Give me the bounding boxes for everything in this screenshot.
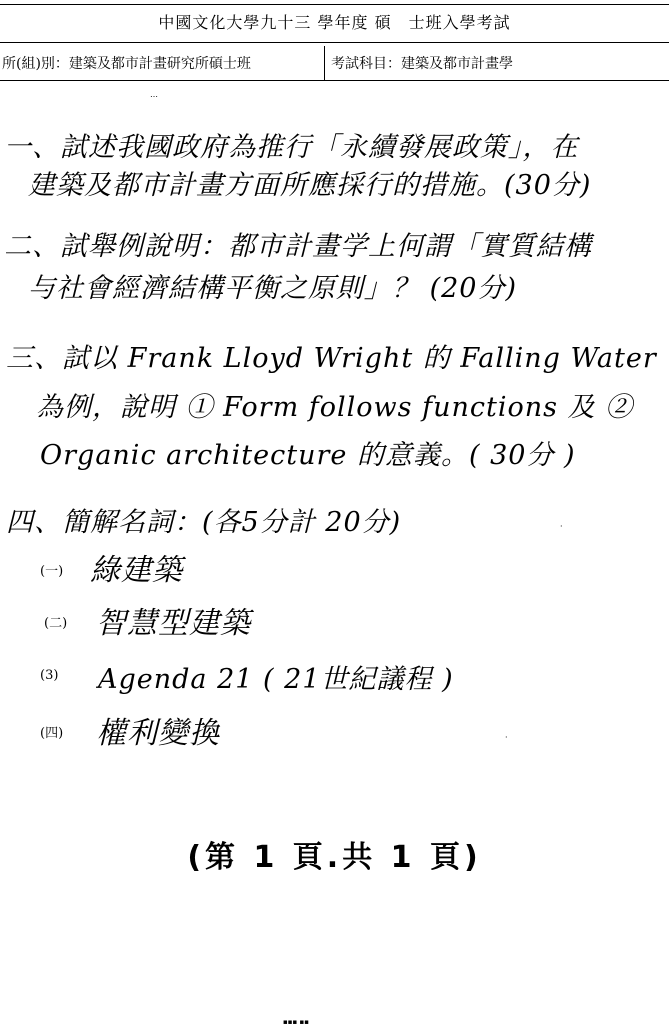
question-3-line-3: Organic architecture 的意義。( 30分 ) [40, 433, 576, 472]
term-item-3-text: Agenda 21 ( 21世紀議程 ) [98, 657, 454, 696]
header-bottom-rule [0, 80, 669, 81]
scan-speck: ▪▪▪ ▪▪ [283, 1018, 309, 1025]
term-item-4-text: 權利變換 [96, 708, 220, 752]
header-divider [324, 46, 325, 80]
term-item-3-label: (3) [40, 668, 58, 683]
question-2-line-2: 与社會經濟結構平衡之原則」？ (20分) [28, 266, 517, 305]
page-indicator: (第 1 頁.共 1 頁) [0, 832, 669, 876]
question-3-line-2: 為例，說明 ① Form follows functions 及 ② [36, 385, 633, 424]
scan-speck: · [560, 522, 563, 531]
question-3-line-1: 三、試以 Frank Lloyd Wright 的 Falling Water [6, 336, 657, 375]
exam-title: 中國文化大學九十三 學年度 碩 士班入學考試 [0, 10, 669, 33]
term-item-1-text: 綠建築 [90, 545, 183, 589]
question-4-line-1: 四、簡解名詞：(各5分計 20分) [6, 500, 401, 539]
question-1-line-2: 建築及都市計畫方面所應採行的措施。(30分) [28, 163, 591, 202]
question-2-line-1: 二、試舉例說明：都市計畫学上何謂「實質結構 [4, 224, 592, 263]
scan-speck: · [505, 733, 508, 742]
scan-speck: ⋯ [150, 92, 158, 101]
term-item-4-label: (四) [40, 722, 63, 741]
term-item-1-label: (一) [40, 560, 63, 579]
header-top-rule [0, 4, 669, 5]
header-info-row: 所(組)別：建築及都市計畫研究所碩士班 考試科目：建築及都市計畫學 [0, 46, 669, 80]
subject-label: 考試科目：建築及都市計畫學 [331, 53, 513, 73]
term-item-2-label: (二) [44, 612, 67, 631]
department-label: 所(組)別：建築及都市計畫研究所碩士班 [0, 53, 324, 73]
header-middle-rule [0, 42, 669, 43]
term-item-2-text: 智慧型建築 [96, 598, 251, 642]
question-1-line-1: 一、試述我國政府為推行「永續發展政策」，在 [4, 125, 579, 164]
